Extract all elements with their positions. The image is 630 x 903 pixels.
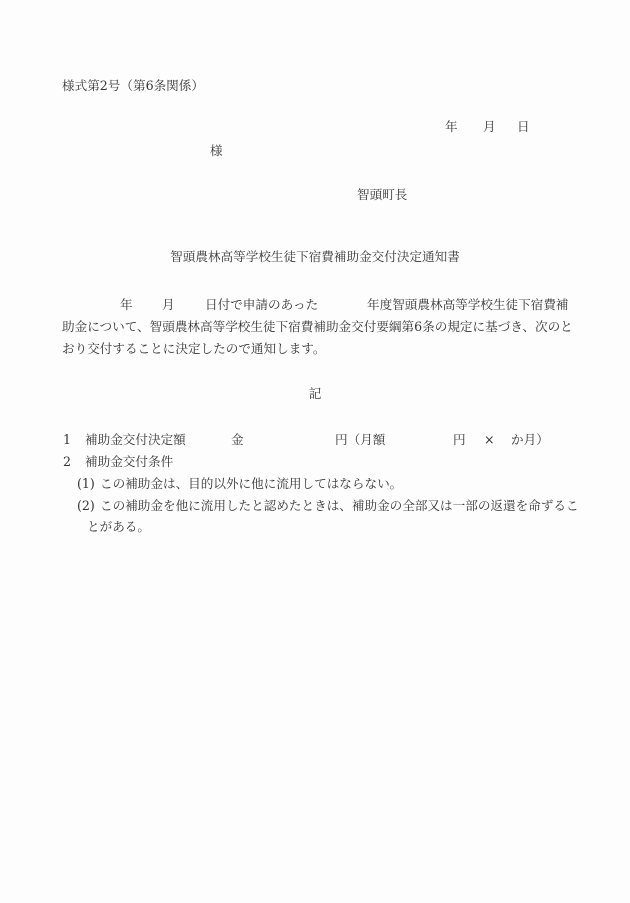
condition1-text: この補助金は、目的以外に他に流用してはならない。 — [100, 478, 402, 491]
form-number: 様式第2号（第6条関係） — [62, 80, 204, 93]
date-month-label: 月 — [483, 121, 496, 134]
item1-times-sign: × — [484, 434, 495, 447]
item1-months-unit: か月） — [511, 434, 549, 447]
item2-number: 2 — [63, 456, 71, 469]
body-line1-day-phrase: 日付で申請のあった — [205, 299, 318, 312]
body-line1-year-label: 年 — [120, 299, 133, 312]
condition2-continuation: とがある。 — [87, 521, 150, 534]
body-line1-month-label: 月 — [162, 299, 175, 312]
item1-amount-prefix: 金 — [231, 434, 244, 447]
date-day-label: 日 — [517, 121, 530, 134]
item2-label: 補助金交付条件 — [85, 456, 173, 469]
document-title: 智頭農林高等学校生徒下宿費補助金交付決定通知書 — [0, 251, 630, 264]
item1-amount-unit: 円（月額 — [335, 434, 385, 447]
body-line3: おり交付することに決定したので通知します。 — [62, 343, 325, 356]
item1-monthly-unit: 円 — [453, 434, 466, 447]
body-line2: 助金について、智頭農林高等学校生徒下宿費補助金交付要綱第6条の規定に基づき、次の… — [62, 321, 573, 334]
addressee-honorific: 様 — [210, 145, 223, 158]
condition2-text: この補助金を他に流用したと認めたときは、補助金の全部又は一部の返還を命ずるこ — [100, 500, 579, 513]
condition2-number: (2) — [77, 500, 95, 513]
condition1-number: (1) — [77, 478, 95, 491]
body-line1-rest: 年度智頭農林高等学校生徒下宿費補 — [367, 299, 569, 312]
sender-title: 智頭町長 — [357, 189, 407, 202]
item1-label: 補助金交付決定額 — [85, 434, 186, 447]
item1-number: 1 — [63, 434, 71, 447]
date-year-label: 年 — [445, 121, 458, 134]
document-page: 様式第2号（第6条関係） 年 月 日 様 智頭町長 智頭農林高等学校生徒下宿費補… — [0, 0, 630, 903]
record-marker: 記 — [0, 388, 630, 401]
